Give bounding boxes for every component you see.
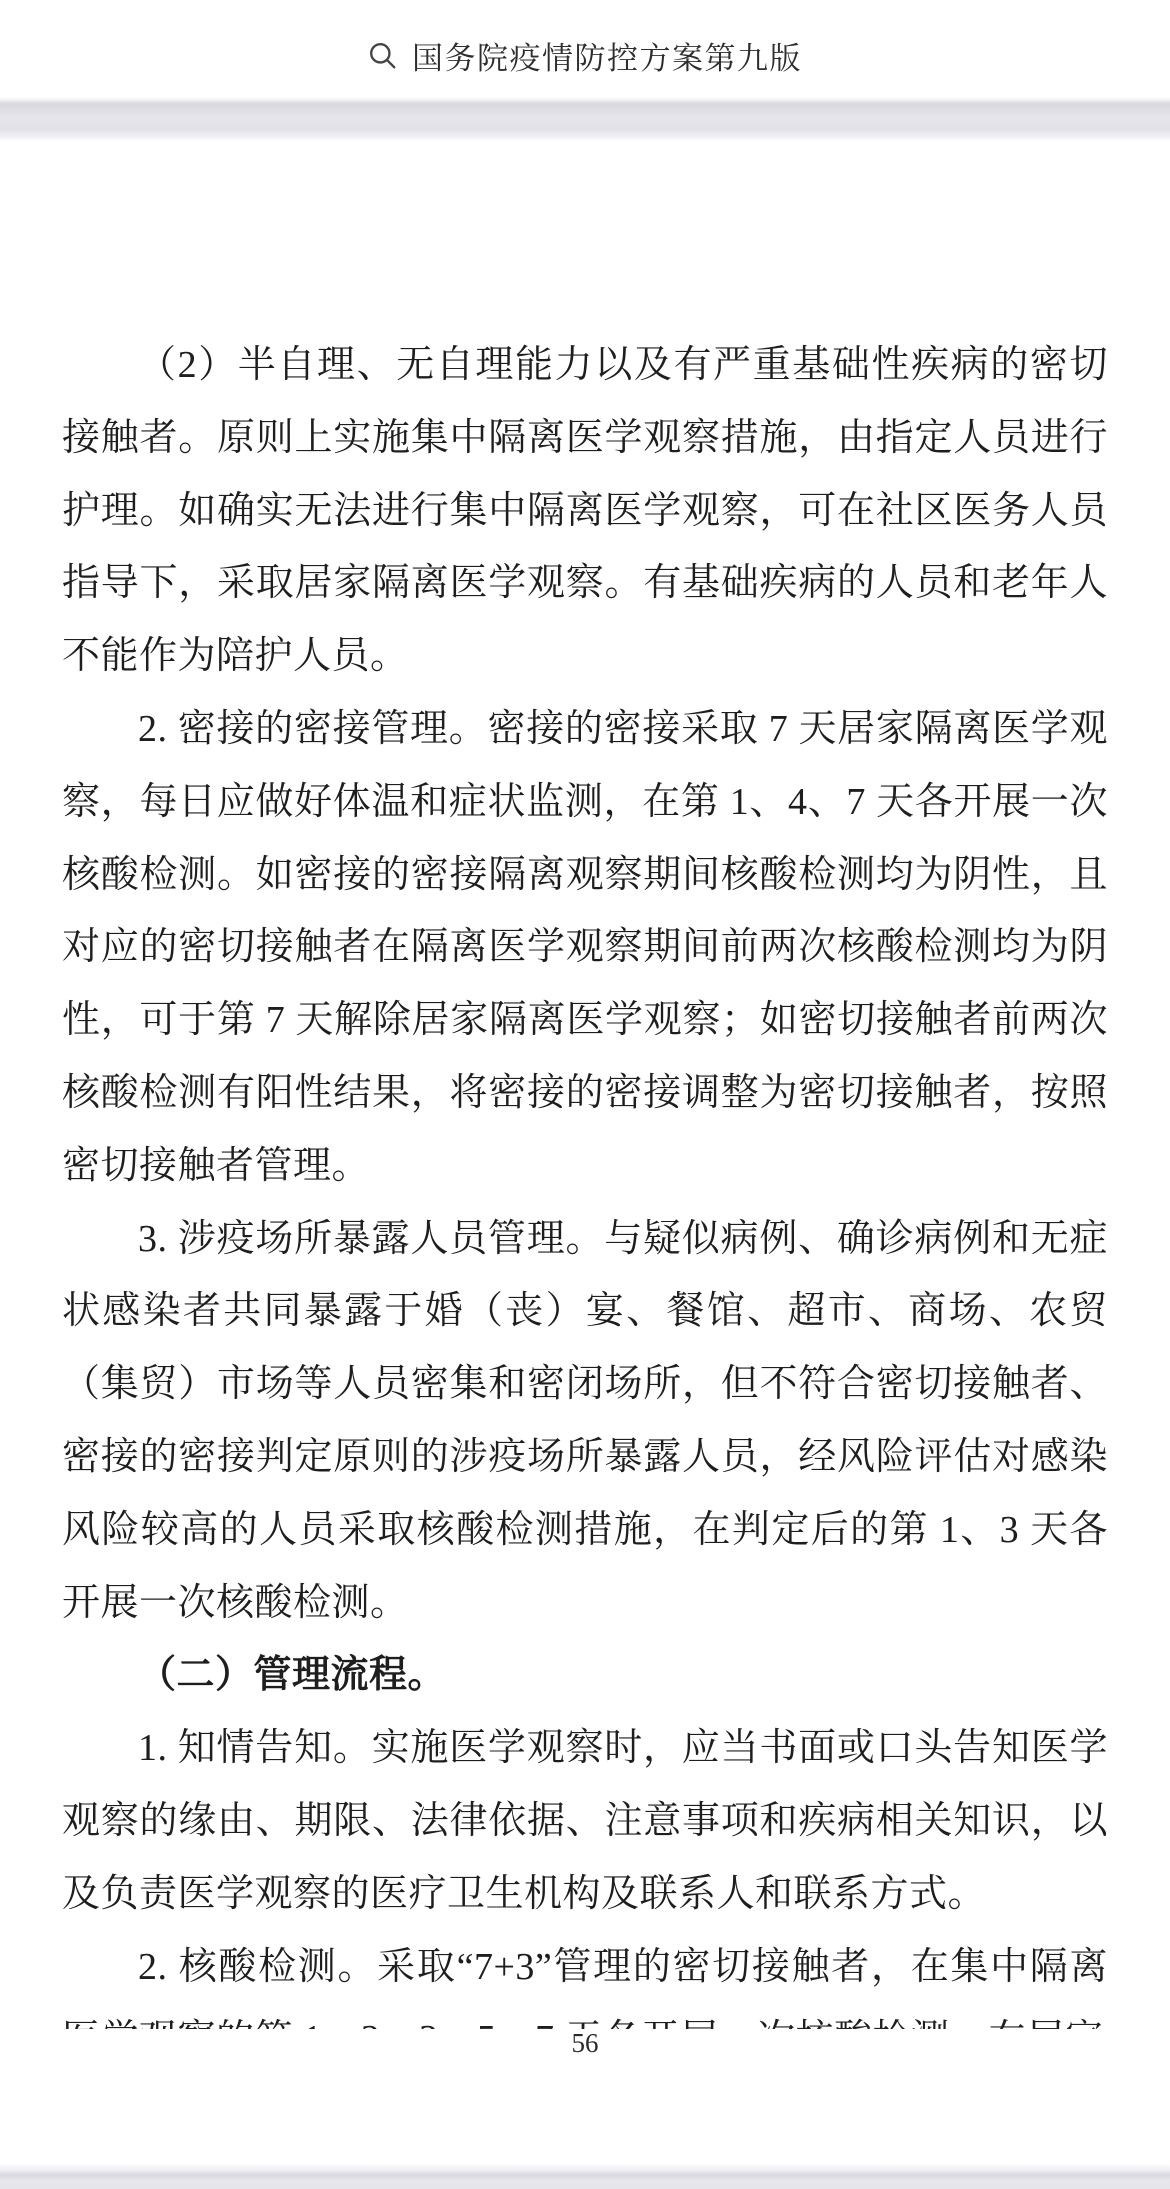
top-bar: 国务院疫情防控方案第九版 (0, 0, 1170, 97)
app-window: 国务院疫情防控方案第九版 （2）半自理、无自理能力以及有严重基础性疾病的密切接触… (0, 0, 1170, 2189)
top-separator (0, 97, 1170, 141)
body-paragraph: 2. 核酸检测。采取“7+3”管理的密切接触者，在集中隔离医学观察的第 1、2、… (62, 1931, 1108, 2029)
document-page[interactable]: （2）半自理、无自理能力以及有严重基础性疾病的密切接触者。原则上实施集中隔离医学… (0, 141, 1170, 2163)
body-paragraph: （2）半自理、无自理能力以及有严重基础性疾病的密切接触者。原则上实施集中隔离医学… (62, 329, 1108, 693)
page-text: （2）半自理、无自理能力以及有严重基础性疾病的密切接触者。原则上实施集中隔离医学… (62, 329, 1108, 2029)
section-heading: （二）管理流程。 (62, 1639, 1108, 1712)
body-paragraph: 1. 知情告知。实施医学观察时，应当书面或口头告知医学观察的缘由、期限、法律依据… (62, 1712, 1108, 1930)
bottom-separator (0, 2163, 1170, 2189)
search-title-bar[interactable]: 国务院疫情防控方案第九版 (368, 33, 802, 78)
page-number: 56 (0, 2028, 1170, 2059)
body-paragraph: 3. 涉疫场所暴露人员管理。与疑似病例、确诊病例和无症状感染者共同暴露于婚（丧）… (62, 1203, 1108, 1640)
body-paragraph: 2. 密接的密接管理。密接的密接采取 7 天居家隔离医学观察，每日应做好体温和症… (62, 693, 1108, 1203)
search-icon (368, 41, 398, 71)
document-title: 国务院疫情防控方案第九版 (412, 33, 802, 78)
